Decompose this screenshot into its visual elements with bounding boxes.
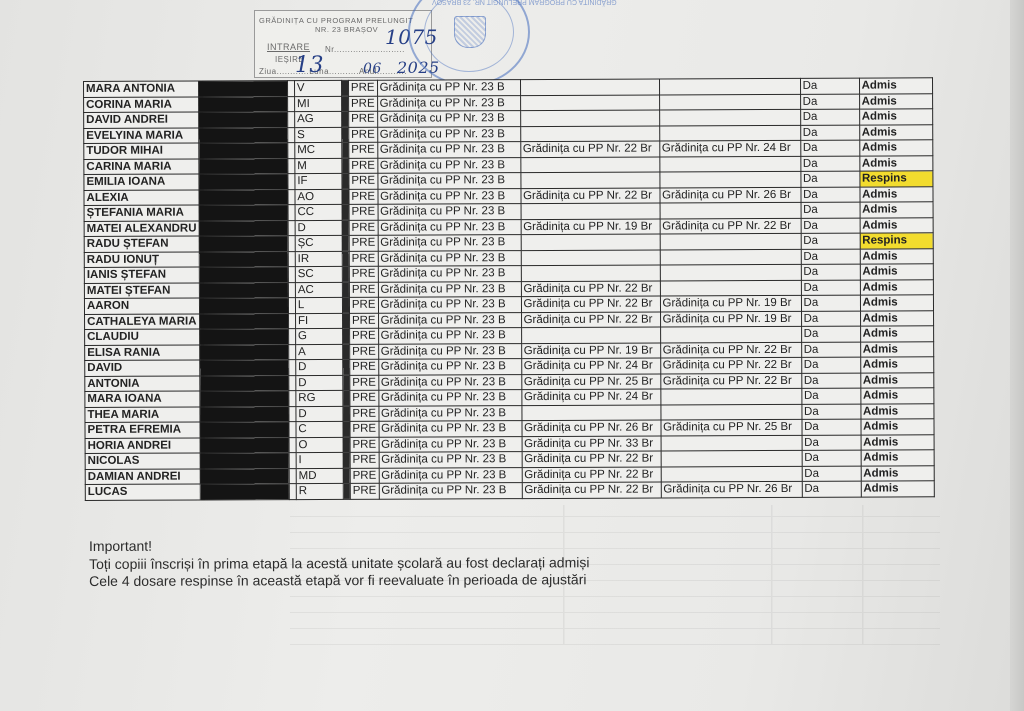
- status-cell: Admis: [859, 78, 932, 94]
- confirmed-cell: Da: [801, 280, 860, 296]
- child-name-cell: ȘTEFANIA MARIA: [84, 205, 199, 221]
- confirmed-cell: Da: [800, 125, 859, 141]
- column-gap-cell: [288, 282, 295, 298]
- option-1-cell: Grădinița cu PP Nr. 23 B: [378, 405, 521, 421]
- initials-cell: D: [295, 220, 342, 236]
- column-separator-cell: [342, 189, 349, 205]
- option-2-cell: Grădinița cu PP Nr. 24 Br: [521, 389, 660, 405]
- option-3-cell: [661, 435, 802, 451]
- initials-cell: AC: [295, 282, 342, 298]
- initials-cell: O: [296, 437, 343, 453]
- option-2-cell: [520, 94, 659, 110]
- option-2-cell: Grădinița cu PP Nr. 19 Br: [521, 342, 660, 358]
- initials-cell: D: [296, 406, 343, 422]
- level-cell: PRE: [350, 390, 379, 406]
- option-2-cell: [521, 234, 660, 250]
- status-cell: Admis: [860, 310, 933, 326]
- option-2-cell: Grădinița cu PP Nr. 26 Br: [522, 420, 661, 436]
- confirmed-cell: Da: [802, 419, 861, 435]
- column-gap-cell: [288, 298, 295, 314]
- redacted-cell-cell: [199, 189, 288, 205]
- initials-cell: R: [296, 483, 343, 499]
- option-3-cell: [659, 78, 800, 94]
- note-line-1: Toți copiii înscriși în prima etapă la a…: [89, 554, 589, 573]
- status-cell: Respins: [859, 171, 932, 187]
- column-gap-cell: [287, 96, 294, 112]
- option-2-cell: [520, 110, 659, 126]
- option-1-cell: Grădinița cu PP Nr. 23 B: [378, 328, 521, 344]
- redacted-cell-cell: [199, 282, 288, 298]
- level-cell: PRE: [349, 282, 378, 298]
- level-cell: PRE: [349, 235, 378, 251]
- redacted-cell-cell: [200, 437, 289, 453]
- child-name-cell: ALEXIA: [84, 189, 199, 205]
- confirmed-cell: Da: [800, 140, 859, 156]
- stamp-intrare-label: INTRARE: [267, 42, 310, 52]
- child-name-cell: CORINA MARIA: [84, 96, 199, 112]
- initials-cell: CC: [295, 204, 342, 220]
- level-cell: PRE: [350, 437, 379, 453]
- coat-of-arms-icon: [454, 16, 486, 48]
- column-separator-cell: [343, 483, 350, 499]
- column-gap-cell: [288, 329, 295, 345]
- initials-cell: M: [295, 158, 342, 174]
- child-name-cell: RADU ȘTEFAN: [84, 236, 199, 252]
- option-2-cell: [520, 125, 659, 141]
- option-1-cell: Grădinița cu PP Nr. 23 B: [378, 204, 521, 220]
- level-cell: PRE: [350, 483, 379, 499]
- column-gap-cell: [288, 251, 295, 267]
- option-1-cell: Grădinița cu PP Nr. 23 B: [378, 374, 521, 390]
- option-1-cell: Grădinița cu PP Nr. 23 B: [378, 297, 521, 313]
- initials-cell: G: [295, 328, 342, 344]
- level-cell: PRE: [350, 359, 379, 375]
- column-separator-cell: [343, 344, 350, 360]
- option-1-cell: Grădinița cu PP Nr. 23 B: [377, 142, 520, 158]
- child-name-cell: DAMIAN ANDREI: [85, 468, 200, 484]
- confirmed-cell: Da: [801, 218, 860, 234]
- option-3-cell: [659, 109, 800, 125]
- option-2-cell: Grădinița cu PP Nr. 22 Br: [522, 466, 661, 482]
- option-3-cell: Grădinița cu PP Nr. 19 Br: [660, 311, 801, 327]
- column-separator-cell: [342, 204, 349, 220]
- column-gap-cell: [287, 81, 294, 97]
- status-cell: Admis: [860, 248, 933, 264]
- level-cell: PRE: [349, 189, 378, 205]
- redacted-cell-cell: [200, 422, 289, 438]
- column-gap-cell: [289, 484, 296, 500]
- initials-cell: A: [296, 344, 343, 360]
- level-cell: PRE: [349, 158, 378, 174]
- redacted-cell-cell: [198, 96, 287, 112]
- confirmed-cell: Da: [801, 202, 860, 218]
- option-1-cell: Grădinița cu PP Nr. 23 B: [379, 452, 522, 468]
- option-1-cell: Grădinița cu PP Nr. 23 B: [378, 343, 521, 359]
- option-1-cell: Grădinița cu PP Nr. 23 B: [379, 483, 522, 499]
- option-2-cell: Grădinița cu PP Nr. 19 Br: [521, 218, 660, 234]
- column-separator-cell: [342, 282, 349, 298]
- column-gap-cell: [289, 468, 296, 484]
- redacted-cell-cell: [200, 453, 289, 469]
- level-cell: PRE: [348, 96, 377, 112]
- column-gap-cell: [288, 143, 295, 159]
- child-name-cell: NICOLAS: [85, 453, 200, 469]
- option-2-cell: Grădinița cu PP Nr. 33 Br: [522, 435, 661, 451]
- child-name-cell: THEA MARIA: [85, 406, 200, 422]
- column-gap-cell: [288, 112, 295, 128]
- column-separator-cell: [342, 173, 349, 189]
- child-name-cell: RADU IONUȚ: [84, 251, 199, 267]
- table-row: LUCASRPREGrădinița cu PP Nr. 23 BGrădini…: [85, 481, 934, 500]
- option-3-cell: [660, 280, 801, 296]
- option-2-cell: [520, 79, 659, 95]
- status-cell: Admis: [860, 403, 933, 419]
- status-cell: Admis: [860, 295, 933, 311]
- registry-day: 13: [295, 53, 324, 78]
- option-3-cell: [661, 450, 802, 466]
- status-cell: Admis: [859, 140, 932, 156]
- redacted-cell-cell: [198, 81, 287, 97]
- column-gap-cell: [288, 267, 295, 283]
- confirmed-cell: Da: [800, 109, 859, 125]
- level-cell: PRE: [349, 173, 378, 189]
- initials-cell: MD: [296, 468, 343, 484]
- confirmed-cell: Da: [800, 78, 859, 94]
- level-cell: PRE: [350, 406, 379, 422]
- ziua-label: Ziua: [259, 67, 277, 76]
- option-1-cell: Grădinița cu PP Nr. 23 B: [378, 390, 521, 406]
- level-cell: PRE: [349, 111, 378, 127]
- column-gap-cell: [289, 437, 296, 453]
- column-gap-cell: [289, 453, 296, 469]
- level-cell: PRE: [349, 204, 378, 220]
- option-2-cell: [521, 203, 660, 219]
- option-2-cell: Grădinița cu PP Nr. 22 Br: [521, 280, 660, 296]
- initials-cell: C: [296, 421, 343, 437]
- confirmed-cell: Da: [801, 311, 860, 327]
- option-3-cell: Grădinița cu PP Nr. 22 Br: [660, 342, 801, 358]
- option-3-cell: Grădinița cu PP Nr. 22 Br: [660, 357, 801, 373]
- redacted-cell-cell: [199, 313, 288, 329]
- option-1-cell: Grădinița cu PP Nr. 23 B: [379, 421, 522, 437]
- option-3-cell: Grădinița cu PP Nr. 19 Br: [660, 295, 801, 311]
- status-cell: Admis: [861, 450, 934, 466]
- option-2-cell: [521, 265, 660, 281]
- initials-cell: V: [294, 80, 341, 96]
- column-separator-cell: [343, 375, 350, 391]
- level-cell: PRE: [350, 375, 379, 391]
- option-2-cell: Grădinița cu PP Nr. 22 Br: [521, 296, 660, 312]
- column-gap-cell: [288, 236, 295, 252]
- option-1-cell: Grădinița cu PP Nr. 23 B: [378, 281, 521, 297]
- stamp-date-labels: Ziua............Luna...........Anul.....…: [259, 67, 407, 76]
- status-cell: Admis: [860, 326, 933, 342]
- column-separator-cell: [343, 452, 350, 468]
- confirmed-cell: Da: [801, 233, 860, 249]
- level-cell: PRE: [350, 344, 379, 360]
- option-3-cell: Grădinița cu PP Nr. 22 Br: [660, 218, 801, 234]
- redacted-cell-cell: [199, 127, 288, 143]
- registry-month: 06: [363, 61, 382, 77]
- column-gap-cell: [289, 360, 296, 376]
- column-gap-cell: [289, 344, 296, 360]
- column-gap-cell: [288, 189, 295, 205]
- child-name-cell: AARON: [84, 298, 199, 314]
- option-2-cell: [521, 249, 660, 265]
- option-3-cell: [659, 156, 800, 172]
- redacted-cell-cell: [200, 406, 289, 422]
- status-cell: Admis: [860, 357, 933, 373]
- registry-stamp: GRĂDINIȚA CU PROGRAM PRELUNGIT NR. 23 BR…: [254, 10, 432, 78]
- confirmed-cell: Da: [801, 388, 860, 404]
- column-separator-cell: [342, 158, 349, 174]
- column-separator-cell: [342, 266, 349, 282]
- column-separator-cell: [343, 437, 350, 453]
- nr-label-text: Nr.: [325, 45, 337, 54]
- child-name-cell: CLAUDIU: [85, 329, 200, 345]
- column-separator-cell: [343, 468, 350, 484]
- redacted-cell-cell: [199, 205, 288, 221]
- initials-cell: MC: [295, 142, 342, 158]
- stamp-institution-line2: NR. 23 BRAȘOV: [315, 25, 378, 34]
- option-1-cell: Grădinița cu PP Nr. 23 B: [378, 266, 521, 282]
- initials-cell: RG: [296, 390, 343, 406]
- level-cell: PRE: [350, 468, 379, 484]
- child-name-cell: DAVID: [85, 360, 200, 376]
- column-gap-cell: [288, 313, 295, 329]
- child-name-cell: EMILIA IOANA: [84, 174, 199, 190]
- redacted-cell-cell: [200, 484, 289, 500]
- confirmed-cell: Da: [800, 156, 859, 172]
- option-2-cell: [520, 172, 659, 188]
- status-cell: Admis: [860, 186, 933, 202]
- column-gap-cell: [289, 422, 296, 438]
- column-separator-cell: [343, 406, 350, 422]
- option-2-cell: Grădinița cu PP Nr. 24 Br: [521, 358, 660, 374]
- child-name-cell: EVELYINA MARIA: [84, 127, 199, 143]
- confirmed-cell: Da: [801, 187, 860, 203]
- status-cell: Admis: [861, 481, 934, 497]
- confirmed-cell: Da: [802, 466, 861, 482]
- option-2-cell: Grădinița cu PP Nr. 22 Br: [522, 482, 661, 498]
- redacted-cell-cell: [199, 174, 288, 190]
- confirmed-cell: Da: [801, 295, 860, 311]
- column-separator-cell: [342, 220, 349, 236]
- redacted-cell-cell: [200, 344, 289, 360]
- initials-cell: L: [295, 297, 342, 313]
- status-cell: Admis: [860, 341, 933, 357]
- initials-cell: IR: [295, 251, 342, 267]
- column-separator-cell: [342, 235, 349, 251]
- child-name-cell: ANTONIA: [85, 375, 200, 391]
- column-gap-cell: [289, 375, 296, 391]
- redacted-cell-cell: [199, 298, 288, 314]
- confirmed-cell: Da: [802, 450, 861, 466]
- option-1-cell: Grădinița cu PP Nr. 23 B: [378, 312, 521, 328]
- child-name-cell: MARA ANTONIA: [84, 81, 199, 97]
- redacted-cell-cell: [199, 329, 288, 345]
- child-name-cell: DAVID ANDREI: [84, 112, 199, 128]
- option-1-cell: Grădinița cu PP Nr. 23 B: [379, 467, 522, 483]
- redacted-cell-cell: [199, 236, 288, 252]
- child-name-cell: HORIA ANDREI: [85, 437, 200, 453]
- status-cell: Admis: [860, 264, 933, 280]
- column-separator-cell: [341, 96, 348, 112]
- child-name-cell: CARINA MARIA: [84, 158, 199, 174]
- note-title: Important!: [89, 536, 589, 555]
- column-separator-cell: [342, 251, 349, 267]
- option-3-cell: Grădinița cu PP Nr. 26 Br: [661, 481, 802, 497]
- child-name-cell: MATEI ȘTEFAN: [84, 282, 199, 298]
- level-cell: PRE: [349, 220, 378, 236]
- option-1-cell: Grădinița cu PP Nr. 23 B: [377, 126, 520, 142]
- paper-edge: [1010, 0, 1024, 711]
- option-3-cell: [660, 233, 801, 249]
- option-3-cell: [659, 125, 800, 141]
- seal-text: GRĂDINIȚA CU PROGRAM PRELUNGIT NR. 23 BR…: [432, 0, 617, 5]
- column-separator-cell: [343, 421, 350, 437]
- status-cell: Admis: [859, 109, 932, 125]
- redacted-cell-cell: [199, 158, 288, 174]
- child-name-cell: TUDOR MIHAI: [84, 143, 199, 159]
- level-cell: PRE: [350, 421, 379, 437]
- option-2-cell: [521, 327, 660, 343]
- initials-cell: AO: [295, 189, 342, 205]
- child-name-cell: IANIS ȘTEFAN: [84, 267, 199, 283]
- option-3-cell: Grădinița cu PP Nr. 24 Br: [659, 140, 800, 156]
- column-separator-cell: [342, 127, 349, 143]
- confirmed-cell: Da: [800, 171, 859, 187]
- initials-cell: D: [296, 359, 343, 375]
- option-3-cell: [660, 326, 801, 342]
- column-separator-cell: [341, 80, 348, 96]
- option-1-cell: Grădinița cu PP Nr. 23 B: [377, 95, 520, 111]
- confirmed-cell: Da: [800, 94, 859, 110]
- option-2-cell: Grădinița cu PP Nr. 22 Br: [522, 451, 661, 467]
- option-1-cell: Grădinița cu PP Nr. 23 B: [379, 436, 522, 452]
- initials-cell: SC: [295, 266, 342, 282]
- option-3-cell: [660, 388, 801, 404]
- status-cell: Admis: [860, 279, 933, 295]
- initials-cell: FI: [295, 313, 342, 329]
- level-cell: PRE: [349, 251, 378, 267]
- option-3-cell: [659, 94, 800, 110]
- initials-cell: D: [296, 375, 343, 391]
- initials-cell: MI: [294, 96, 341, 112]
- column-separator-cell: [342, 313, 349, 329]
- column-separator-cell: [342, 297, 349, 313]
- initials-cell: AG: [295, 111, 342, 127]
- admission-table: MARA ANTONIAVPREGrădinița cu PP Nr. 23 B…: [83, 77, 934, 500]
- status-cell: Admis: [859, 124, 932, 140]
- column-separator-cell: [342, 328, 349, 344]
- level-cell: PRE: [349, 266, 378, 282]
- note-line-2: Cele 4 dosare respinse în această etapă …: [89, 571, 589, 590]
- redacted-cell-cell: [200, 468, 289, 484]
- option-3-cell: Grădinița cu PP Nr. 26 Br: [660, 187, 801, 203]
- confirmed-cell: Da: [801, 404, 860, 420]
- option-1-cell: Grădinița cu PP Nr. 23 B: [378, 235, 521, 251]
- column-separator-cell: [342, 142, 349, 158]
- status-cell: Admis: [860, 388, 933, 404]
- redacted-cell-cell: [200, 375, 289, 391]
- status-cell: Respins: [860, 233, 933, 249]
- initials-cell: IF: [295, 173, 342, 189]
- column-gap-cell: [288, 158, 295, 174]
- column-gap-cell: [288, 205, 295, 221]
- confirmed-cell: Da: [801, 264, 860, 280]
- option-2-cell: Grădinița cu PP Nr. 25 Br: [521, 373, 660, 389]
- column-separator-cell: [343, 359, 350, 375]
- option-1-cell: Grădinița cu PP Nr. 23 B: [377, 157, 520, 173]
- option-2-cell: [520, 156, 659, 172]
- column-gap-cell: [288, 220, 295, 236]
- level-cell: PRE: [350, 452, 379, 468]
- initials-cell: S: [295, 127, 342, 143]
- stamp-institution-line1: GRĂDINIȚA CU PROGRAM PRELUNGIT: [259, 16, 413, 25]
- column-gap-cell: [289, 406, 296, 422]
- confirmed-cell: Da: [801, 357, 860, 373]
- status-cell: Admis: [859, 155, 932, 171]
- confirmed-cell: Da: [802, 435, 861, 451]
- status-cell: Admis: [859, 93, 932, 109]
- redacted-cell-cell: [200, 391, 289, 407]
- option-2-cell: [521, 404, 660, 420]
- level-cell: PRE: [349, 313, 378, 329]
- column-gap-cell: [289, 391, 296, 407]
- status-cell: Admis: [860, 372, 933, 388]
- child-name-cell: MARA IOANA: [85, 391, 200, 407]
- redacted-cell-cell: [200, 360, 289, 376]
- option-1-cell: Grădinița cu PP Nr. 23 B: [378, 359, 521, 375]
- option-2-cell: Grădinița cu PP Nr. 22 Br: [521, 187, 660, 203]
- option-1-cell: Grădinița cu PP Nr. 23 B: [378, 250, 521, 266]
- column-separator-cell: [343, 390, 350, 406]
- confirmed-cell: Da: [801, 326, 860, 342]
- confirmed-cell: Da: [802, 481, 861, 497]
- option-1-cell: Grădinița cu PP Nr. 23 B: [378, 188, 521, 204]
- child-name-cell: PETRA EFREMIA: [85, 422, 200, 438]
- redacted-cell-cell: [199, 143, 288, 159]
- status-cell: Admis: [860, 217, 933, 233]
- option-3-cell: [659, 171, 800, 187]
- child-name-cell: MATEI ALEXANDRU: [84, 220, 199, 236]
- option-3-cell: [660, 249, 801, 265]
- column-separator-cell: [342, 111, 349, 127]
- child-name-cell: ELISA RANIA: [85, 344, 200, 360]
- option-3-cell: Grădinița cu PP Nr. 25 Br: [661, 419, 802, 435]
- option-1-cell: Grădinița cu PP Nr. 23 B: [377, 173, 520, 189]
- redacted-cell-cell: [199, 220, 288, 236]
- redacted-cell-cell: [199, 267, 288, 283]
- child-name-cell: CATHALEYA MARIA: [85, 313, 200, 329]
- option-2-cell: Grădinița cu PP Nr. 22 Br: [520, 141, 659, 157]
- option-3-cell: [660, 404, 801, 420]
- redacted-cell-cell: [199, 251, 288, 267]
- option-3-cell: [660, 264, 801, 280]
- level-cell: PRE: [349, 127, 378, 143]
- option-3-cell: [660, 202, 801, 218]
- option-3-cell: Grădinița cu PP Nr. 22 Br: [660, 373, 801, 389]
- status-cell: Admis: [861, 465, 934, 481]
- redacted-cell-cell: [199, 112, 288, 128]
- level-cell: PRE: [348, 80, 377, 96]
- option-1-cell: Grădinița cu PP Nr. 23 B: [377, 111, 520, 127]
- level-cell: PRE: [349, 297, 378, 313]
- confirmed-cell: Da: [801, 373, 860, 389]
- option-1-cell: Grădinița cu PP Nr. 23 B: [378, 219, 521, 235]
- confirmed-cell: Da: [801, 342, 860, 358]
